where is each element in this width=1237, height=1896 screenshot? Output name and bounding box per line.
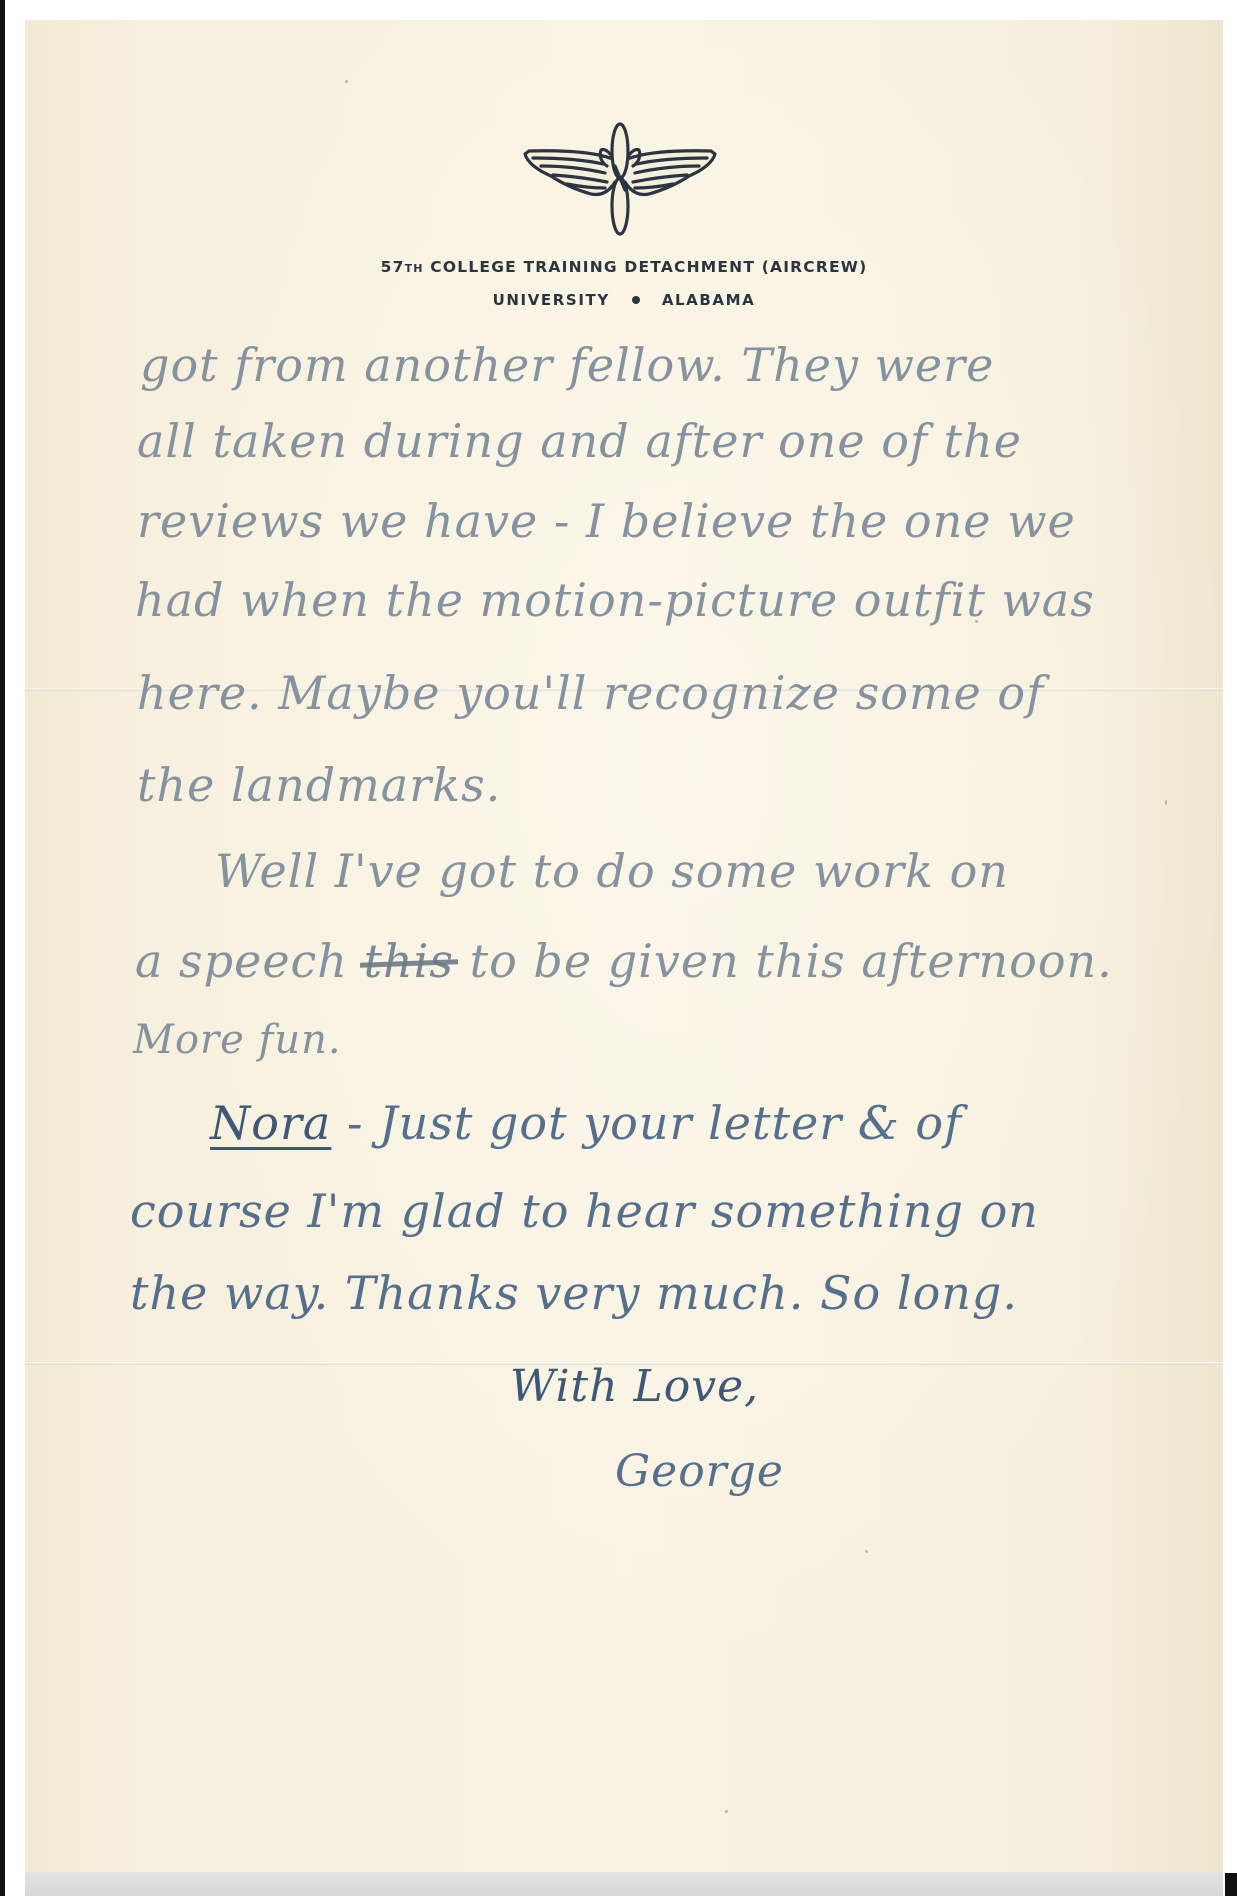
letter-line-8-start: a speech [135, 934, 348, 988]
letter-line-6: the landmarks. [137, 762, 501, 808]
letter-line-2: all taken during and after one of the [137, 418, 1022, 464]
letter-line-9: More fun. [133, 1020, 342, 1060]
letter-line-3: reviews we have - I believe the one we [137, 498, 1076, 544]
closing: With Love, [510, 1365, 759, 1409]
letter-line-4: had when the motion-picture outfit was [135, 577, 1095, 623]
scan-left-border [0, 0, 5, 1896]
letter-line-1: got from another fellow. They were [140, 342, 994, 388]
letter-line-10: Nora - Just got your letter & of [210, 1100, 962, 1146]
letter-page: 57TH COLLEGE TRAINING DETACHMENT (AIRCRE… [25, 20, 1223, 1872]
letter-line-12: the way. Thanks very much. So long. [130, 1270, 1018, 1316]
letterhead-unit: 57TH COLLEGE TRAINING DETACHMENT (AIRCRE… [25, 258, 1223, 276]
letter-line-10-rest: - Just got your letter & of [347, 1096, 962, 1150]
letter-line-7: Well I've got to do some work on [215, 848, 1009, 894]
bullet-dot-icon [632, 296, 640, 304]
letter-line-11: course I'm glad to hear something on [130, 1188, 1039, 1234]
letterhead-location: UNIVERSITYALABAMA [25, 291, 1223, 309]
letter-line-8-end: to be given this afternoon. [470, 934, 1113, 988]
letterhead-location-state: ALABAMA [662, 291, 756, 309]
signature: George [615, 1450, 784, 1494]
addressee-name: Nora [210, 1096, 331, 1150]
letter-line-8: a speech this to be given this afternoon… [135, 938, 1113, 984]
letterhead-unit-number: 57 [381, 258, 405, 276]
wings-propeller-icon [515, 118, 725, 238]
letterhead-unit-suffix: TH [405, 262, 424, 275]
letterhead-location-university: UNIVERSITY [493, 291, 610, 309]
struck-out-word: this [364, 934, 454, 988]
letterhead-unit-name: COLLEGE TRAINING DETACHMENT (AIRCREW) [424, 258, 868, 276]
scanner-bottom-band [25, 1872, 1223, 1896]
scan-corner-shadow [1225, 1873, 1237, 1896]
letter-line-5: here. Maybe you'll recognize some of [137, 670, 1044, 716]
